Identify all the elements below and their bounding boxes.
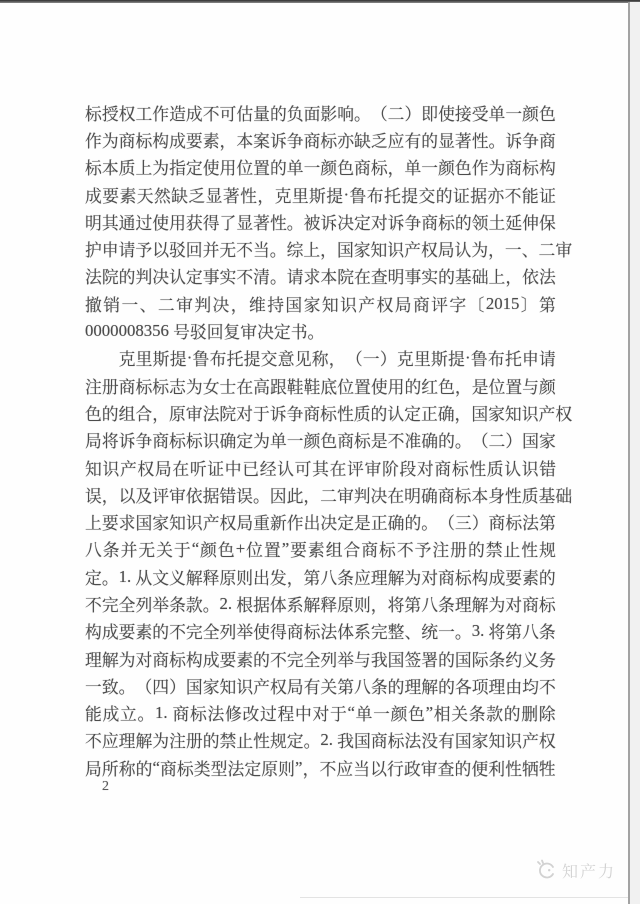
text-line: 法院的判决认定事实不清。请求本院在查明事实的基础上，依法: [85, 263, 556, 290]
text-line: 一致。（四）国家知识产权局有关第八条的理解的各项理由均不: [85, 672, 556, 699]
text-line: 标授权工作造成不可估量的负面影响。（二）即使接受单一颜色: [85, 99, 556, 126]
watermark: 知产力: [534, 858, 616, 882]
text-line: 定。1. 从文义解释原则出发，第八条应理解为对商标构成要素的: [85, 563, 556, 590]
text-line: 不完全列举条款。2. 根据体系解释原则，将第八条理解为对商标: [85, 590, 556, 617]
paragraph: 标授权工作造成不可估量的负面影响。（二）即使接受单一颜色作为商标构成要素，本案诉…: [85, 99, 556, 345]
watermark-label: 知产力: [562, 859, 616, 882]
text-line: 注册商标标志为女士在高跟鞋鞋底位置使用的红色，是位置与颜: [85, 372, 556, 399]
text-line: 标本质上为指定使用位置的单一颜色商标，单一颜色作为商标构: [85, 154, 556, 181]
text-line: 局将诉争商标标识确定为单一颜色商标是不准确的。（二）国家: [85, 427, 556, 454]
text-line: 作为商标构成要素，本案诉争商标亦缺乏应有的显著性。诉争商: [85, 126, 556, 153]
text-line: 明其通过使用获得了显著性。被诉决定对诉争商标的领土延伸保: [85, 208, 556, 235]
text-line: 色的组合，原审法院对于诉争商标性质的认定正确，国家知识产权: [85, 399, 556, 426]
text-line: 理解为对商标构成要素的不完全列举与我国签署的国际条约义务: [85, 645, 556, 672]
text-line: 构成要素的不完全列举使得商标法体系完整、统一。3. 将第八条: [85, 618, 556, 645]
text-line: 能成立。1. 商标法修改过程中对于“单一颜色”相关条款的删除: [85, 700, 556, 727]
text-line: 上要求国家知识产权局重新作出决定是正确的。（三）商标法第: [85, 508, 556, 535]
scanned-document-page: 标授权工作造成不可估量的负面影响。（二）即使接受单一颜色作为商标构成要素，本案诉…: [0, 0, 640, 904]
text-line: 知识产权局在听证中已经认可其在评审阶段对商标性质认识错: [85, 454, 556, 481]
text-line: 撤销一、二审判决，维持国家知识产权局商评字〔2015〕第: [85, 290, 556, 317]
text-line: 局所称的“商标类型法定原则”，不应当以行政审查的便利性牺牲: [85, 754, 556, 781]
text-line: 护申请予以驳回并无不当。综上，国家知识产权局认为，一、二审: [85, 235, 556, 262]
text-line: 克里斯提·鲁布托提交意见称，（一）克里斯提·鲁布托申请: [85, 345, 556, 372]
scan-right-edge-shade: [630, 2, 640, 904]
text-line: 成要素天然缺乏显著性，克里斯提·鲁布托提交的证据亦不能证: [85, 181, 556, 208]
zhichanli-logo-icon: [534, 858, 558, 882]
text-line: 误，以及评审依据错误。因此，二审判决在明确商标本身性质基础: [85, 481, 556, 508]
text-line: 八条并无关于“颜色+位置”要素组合商标不予注册的禁止性规: [85, 536, 556, 563]
text-line: 0000008356 号驳回复审决定书。: [85, 317, 556, 344]
text-line: 不应理解为注册的禁止性规定。2. 我国商标法没有国家知识产权: [85, 727, 556, 754]
scan-right-edge-line: [628, 2, 630, 904]
scan-top-edge-line: [0, 0, 640, 3]
page-number: 2: [102, 779, 109, 795]
scan-bottom-edge-line: [300, 897, 628, 898]
document-body: 标授权工作造成不可估量的负面影响。（二）即使接受单一颜色作为商标构成要素，本案诉…: [85, 99, 556, 781]
paragraph: 克里斯提·鲁布托提交意见称，（一）克里斯提·鲁布托申请注册商标标志为女士在高跟鞋…: [85, 345, 556, 782]
